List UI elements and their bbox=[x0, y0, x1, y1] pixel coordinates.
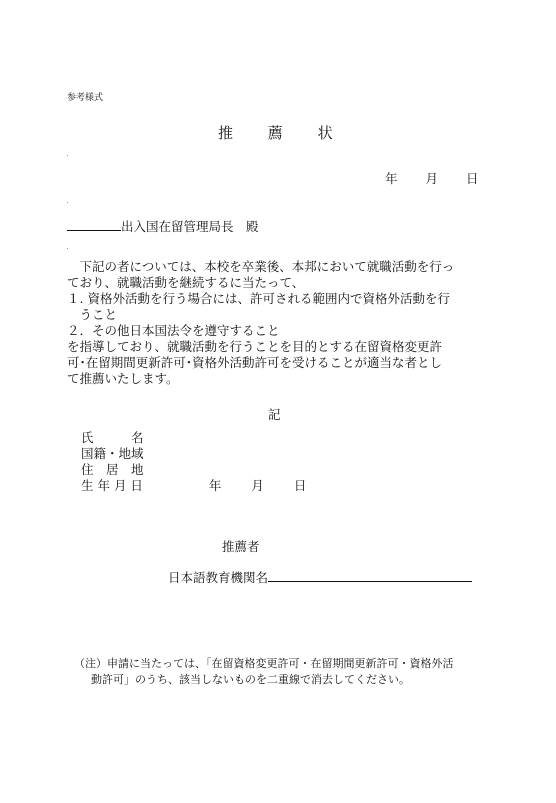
field-label: 国籍・地域 bbox=[81, 446, 144, 461]
paragraph-mark bbox=[67, 202, 68, 203]
body-line: １. 資格外活動を行う場合には、許可される範囲内で資格外活動を行 bbox=[67, 291, 454, 307]
title-char: 推 bbox=[218, 124, 233, 142]
document-page: 参考様式 推 薦 状 年 月 日 出入国在留管理局長 殿 下記の者については、本… bbox=[0, 0, 556, 803]
recommender-heading: 推薦者 bbox=[222, 539, 260, 555]
record-heading: 記 bbox=[268, 407, 281, 423]
title-char: 薦 bbox=[268, 124, 283, 142]
body-line: て推薦いたします。 bbox=[67, 371, 454, 387]
body-line: うこと bbox=[67, 307, 454, 323]
fields-block: 氏 名 国籍・地域 住 居 地 生 年 月 日 年 月 日 bbox=[81, 430, 306, 494]
field-name: 氏 名 bbox=[81, 430, 306, 446]
addressee-text: 出入国在留管理局長 殿 bbox=[121, 219, 259, 234]
date-year: 年 bbox=[385, 171, 398, 186]
date-line: 年 月 日 bbox=[385, 171, 479, 187]
addressee-line: 出入国在留管理局長 殿 bbox=[67, 218, 259, 235]
field-label: 住 居 地 bbox=[81, 462, 144, 477]
birth-month: 月 bbox=[251, 478, 264, 493]
body-text: 下記の者については、本校を卒業後、本邦において就職活動を行っ ており、就職活動を… bbox=[67, 259, 454, 387]
note-line: （注）申請に当たっては、「在留資格変更許可・在留期間更新許可・資格外活 bbox=[74, 656, 454, 672]
office-name-blank[interactable] bbox=[67, 218, 121, 231]
paragraph-mark bbox=[67, 248, 68, 249]
body-line: 下記の者については、本校を卒業後、本邦において就職活動を行っ bbox=[67, 259, 454, 275]
paragraph-mark bbox=[67, 155, 68, 156]
date-day: 日 bbox=[466, 171, 479, 186]
birth-day: 日 bbox=[294, 478, 307, 493]
body-line: 可･在留期間更新許可･資格外活動許可を受けることが適当な者とし bbox=[67, 355, 454, 371]
body-line: を指導しており、就職活動を行うことを目的とする在留資格変更許 bbox=[67, 339, 454, 355]
form-label: 参考様式 bbox=[67, 90, 103, 103]
title-char: 状 bbox=[318, 124, 333, 142]
institution-line: 日本語教育機関名 bbox=[168, 569, 472, 586]
note-line: 動許可」のうち、該当しないものを二重線で消去してください。 bbox=[74, 672, 454, 688]
body-line: ２．その他日本国法令を遵守すること bbox=[67, 323, 454, 339]
body-line: ており、就職活動を継続するに当たって、 bbox=[67, 275, 454, 291]
institution-name-blank[interactable] bbox=[268, 569, 472, 582]
date-month: 月 bbox=[426, 171, 439, 186]
institution-label: 日本語教育機関名 bbox=[168, 570, 268, 585]
field-label: 氏 名 bbox=[81, 430, 144, 445]
birth-year: 年 bbox=[209, 478, 222, 493]
note-block: （注）申請に当たっては、「在留資格変更許可・在留期間更新許可・資格外活 動許可」… bbox=[74, 656, 454, 688]
field-nationality: 国籍・地域 bbox=[81, 446, 306, 462]
field-birthdate: 生 年 月 日 年 月 日 bbox=[81, 478, 306, 494]
field-residence: 住 居 地 bbox=[81, 462, 306, 478]
document-title: 推 薦 状 bbox=[218, 122, 333, 143]
field-label: 生 年 月 日 bbox=[81, 478, 143, 493]
